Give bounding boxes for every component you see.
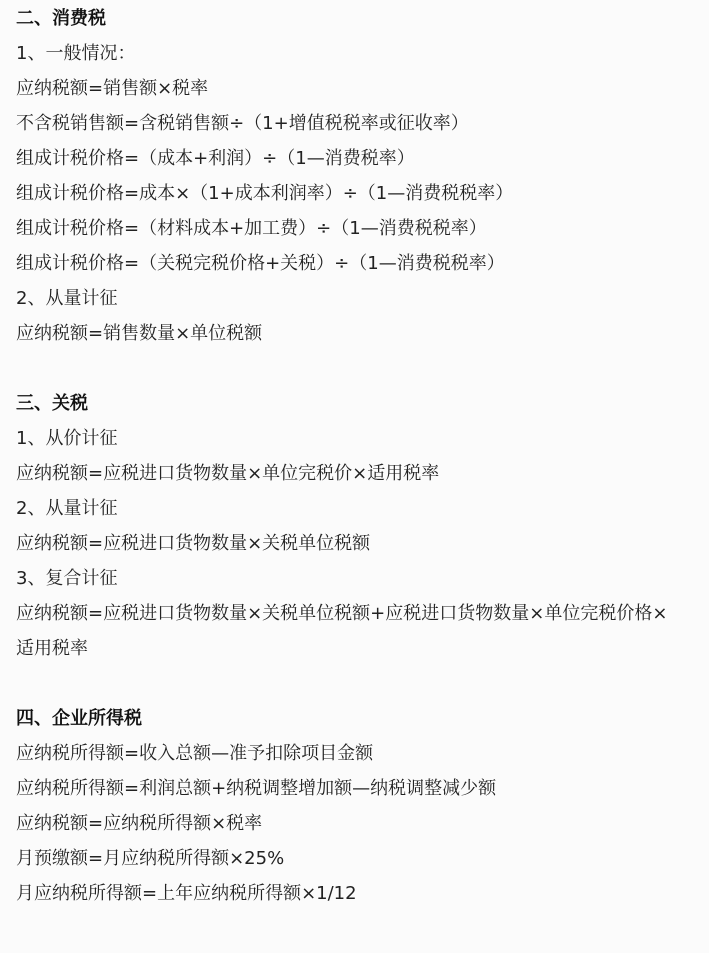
section-heading-corporate-income-tax: 四、企业所得税 bbox=[16, 708, 142, 730]
formula-line-continued: 适用税率 bbox=[16, 638, 88, 660]
formula-line: 月预缴额=月应纳税所得额×25% bbox=[16, 848, 284, 870]
subheading-specific: 2、从量计征 bbox=[16, 498, 117, 520]
formula-line: 应纳税额=销售额×税率 bbox=[16, 78, 208, 100]
formula-line: 应纳税所得额=利润总额+纳税调整增加额—纳税调整减少额 bbox=[16, 778, 496, 800]
formula-line: 月应纳税所得额=上年应纳税所得额×1/12 bbox=[16, 883, 357, 905]
subheading-general: 1、一般情况： bbox=[16, 43, 135, 65]
formula-line: 应纳税额=应税进口货物数量×单位完税价×适用税率 bbox=[16, 463, 439, 485]
subheading-specific: 2、从量计征 bbox=[16, 288, 117, 310]
formula-line: 组成计税价格=（材料成本+加工费）÷（1—消费税税率） bbox=[16, 218, 487, 240]
formula-line: 应纳税所得额=收入总额—准予扣除项目金额 bbox=[16, 743, 373, 765]
section-heading-consumption-tax: 二、消费税 bbox=[16, 8, 106, 30]
formula-line: 组成计税价格=（关税完税价格+关税）÷（1—消费税税率） bbox=[16, 253, 505, 275]
formula-line: 不含税销售额=含税销售额÷（1+增值税税率或征收率） bbox=[16, 113, 469, 135]
formula-line: 应纳税额=应纳税所得额×税率 bbox=[16, 813, 262, 835]
formula-line: 组成计税价格=（成本+利润）÷（1—消费税率） bbox=[16, 148, 415, 170]
formula-line: 应纳税额=应税进口货物数量×关税单位税额+应税进口货物数量×单位完税价格× bbox=[16, 603, 667, 625]
formula-line: 组成计税价格=成本×（1+成本利润率）÷（1—消费税税率） bbox=[16, 183, 513, 205]
section-heading-customs-duty: 三、关税 bbox=[16, 393, 88, 415]
subheading-ad-valorem: 1、从价计征 bbox=[16, 428, 117, 450]
formula-line: 应纳税额=销售数量×单位税额 bbox=[16, 323, 262, 345]
subheading-compound: 3、复合计征 bbox=[16, 568, 117, 590]
formula-line: 应纳税额=应税进口货物数量×关税单位税额 bbox=[16, 533, 370, 555]
